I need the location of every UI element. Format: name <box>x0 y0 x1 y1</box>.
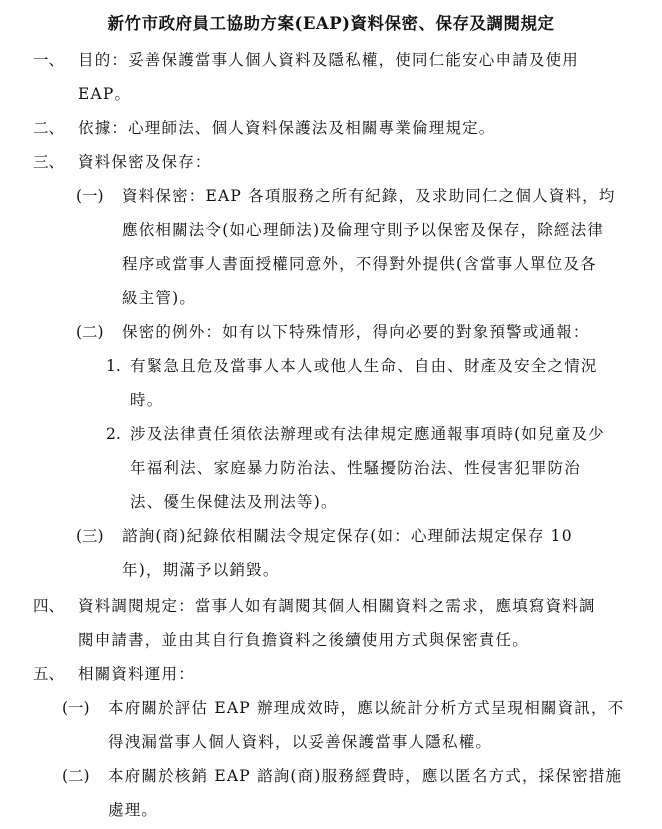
item-text: 時。 <box>130 390 163 410</box>
subsection-number: (三) <box>76 526 104 546</box>
section-number: 一、 <box>33 50 64 70</box>
subsection-text: 級主管)。 <box>122 288 196 308</box>
section-text: 依據：心理師法、個人資料保護法及相關專業倫理規定。 <box>78 118 496 138</box>
item-text: 有緊急且危及當事人本人或他人生命、自由、財產及安全之情況 <box>130 356 598 376</box>
item-number: 1. <box>106 356 121 376</box>
subsection-text: 程序或當事人書面授權同意外，不得對外提供(含當事人單位及各 <box>122 254 597 274</box>
subsection-number: (一) <box>62 698 90 718</box>
item-number: 2. <box>106 424 121 444</box>
subsection-text: 諮詢(商)紀錄依相關法令規定保存(如：心理師法規定保存 10 <box>122 526 573 546</box>
item-text: 涉及法律責任須依法辦理或有法律規定應通報事項時(如兒童及少 <box>130 424 605 444</box>
subsection-text: 處理。 <box>108 800 158 820</box>
section-number: 三、 <box>33 152 64 172</box>
section-text: 資料保密及保存： <box>78 152 212 172</box>
subsection-text: 本府關於評估 EAP 辦理成效時，應以統計分析方式呈現相關資訊，不 <box>108 698 624 718</box>
subsection-text: 保密的例外：如有以下特殊情形，得向必要的對象預警或通報： <box>122 322 590 342</box>
document-title: 新竹市政府員工協助方案(EAP)資料保密、保存及調閱規定 <box>0 10 662 34</box>
section-text: 相關資料運用： <box>78 664 195 684</box>
section-number: 二、 <box>33 118 64 138</box>
subsection-text: 得洩漏當事人個人資料，以妥善保護當事人隱私權。 <box>108 732 492 752</box>
subsection-number: (一) <box>76 186 104 206</box>
subsection-text: 資料保密：EAP 各項服務之所有紀錄，及求助同仁之個人資料，均 <box>122 186 616 206</box>
subsection-number: (二) <box>62 766 90 786</box>
section-text: EAP。 <box>78 84 131 104</box>
section-text: 資料調閱規定：當事人如有調閱其個人相關資料之需求，應填寫資料調 <box>78 596 596 616</box>
subsection-text: 本府關於核銷 EAP 諮詢(商)服務經費時，應以匿名方式，採保密措施 <box>108 766 622 786</box>
section-text: 閱申請書，並由其自行負擔資料之後續使用方式與保密責任。 <box>78 630 529 650</box>
subsection-text: 應依相關法令(如心理師法)及倫理守則予以保密及保存，除經法律 <box>122 220 604 240</box>
section-number: 四、 <box>33 596 64 616</box>
section-number: 五、 <box>33 664 64 684</box>
item-text: 法、優生保健法及刑法等)。 <box>130 492 338 512</box>
subsection-number: (二) <box>76 322 104 342</box>
subsection-text: 年)，期滿予以銷毀。 <box>122 560 280 580</box>
section-text: 目的：妥善保護當事人個人資料及隱私權，使同仁能安心申請及使用 <box>78 50 579 70</box>
item-text: 年福利法、家庭暴力防治法、性騷擾防治法、性侵害犯罪防治 <box>130 458 581 478</box>
